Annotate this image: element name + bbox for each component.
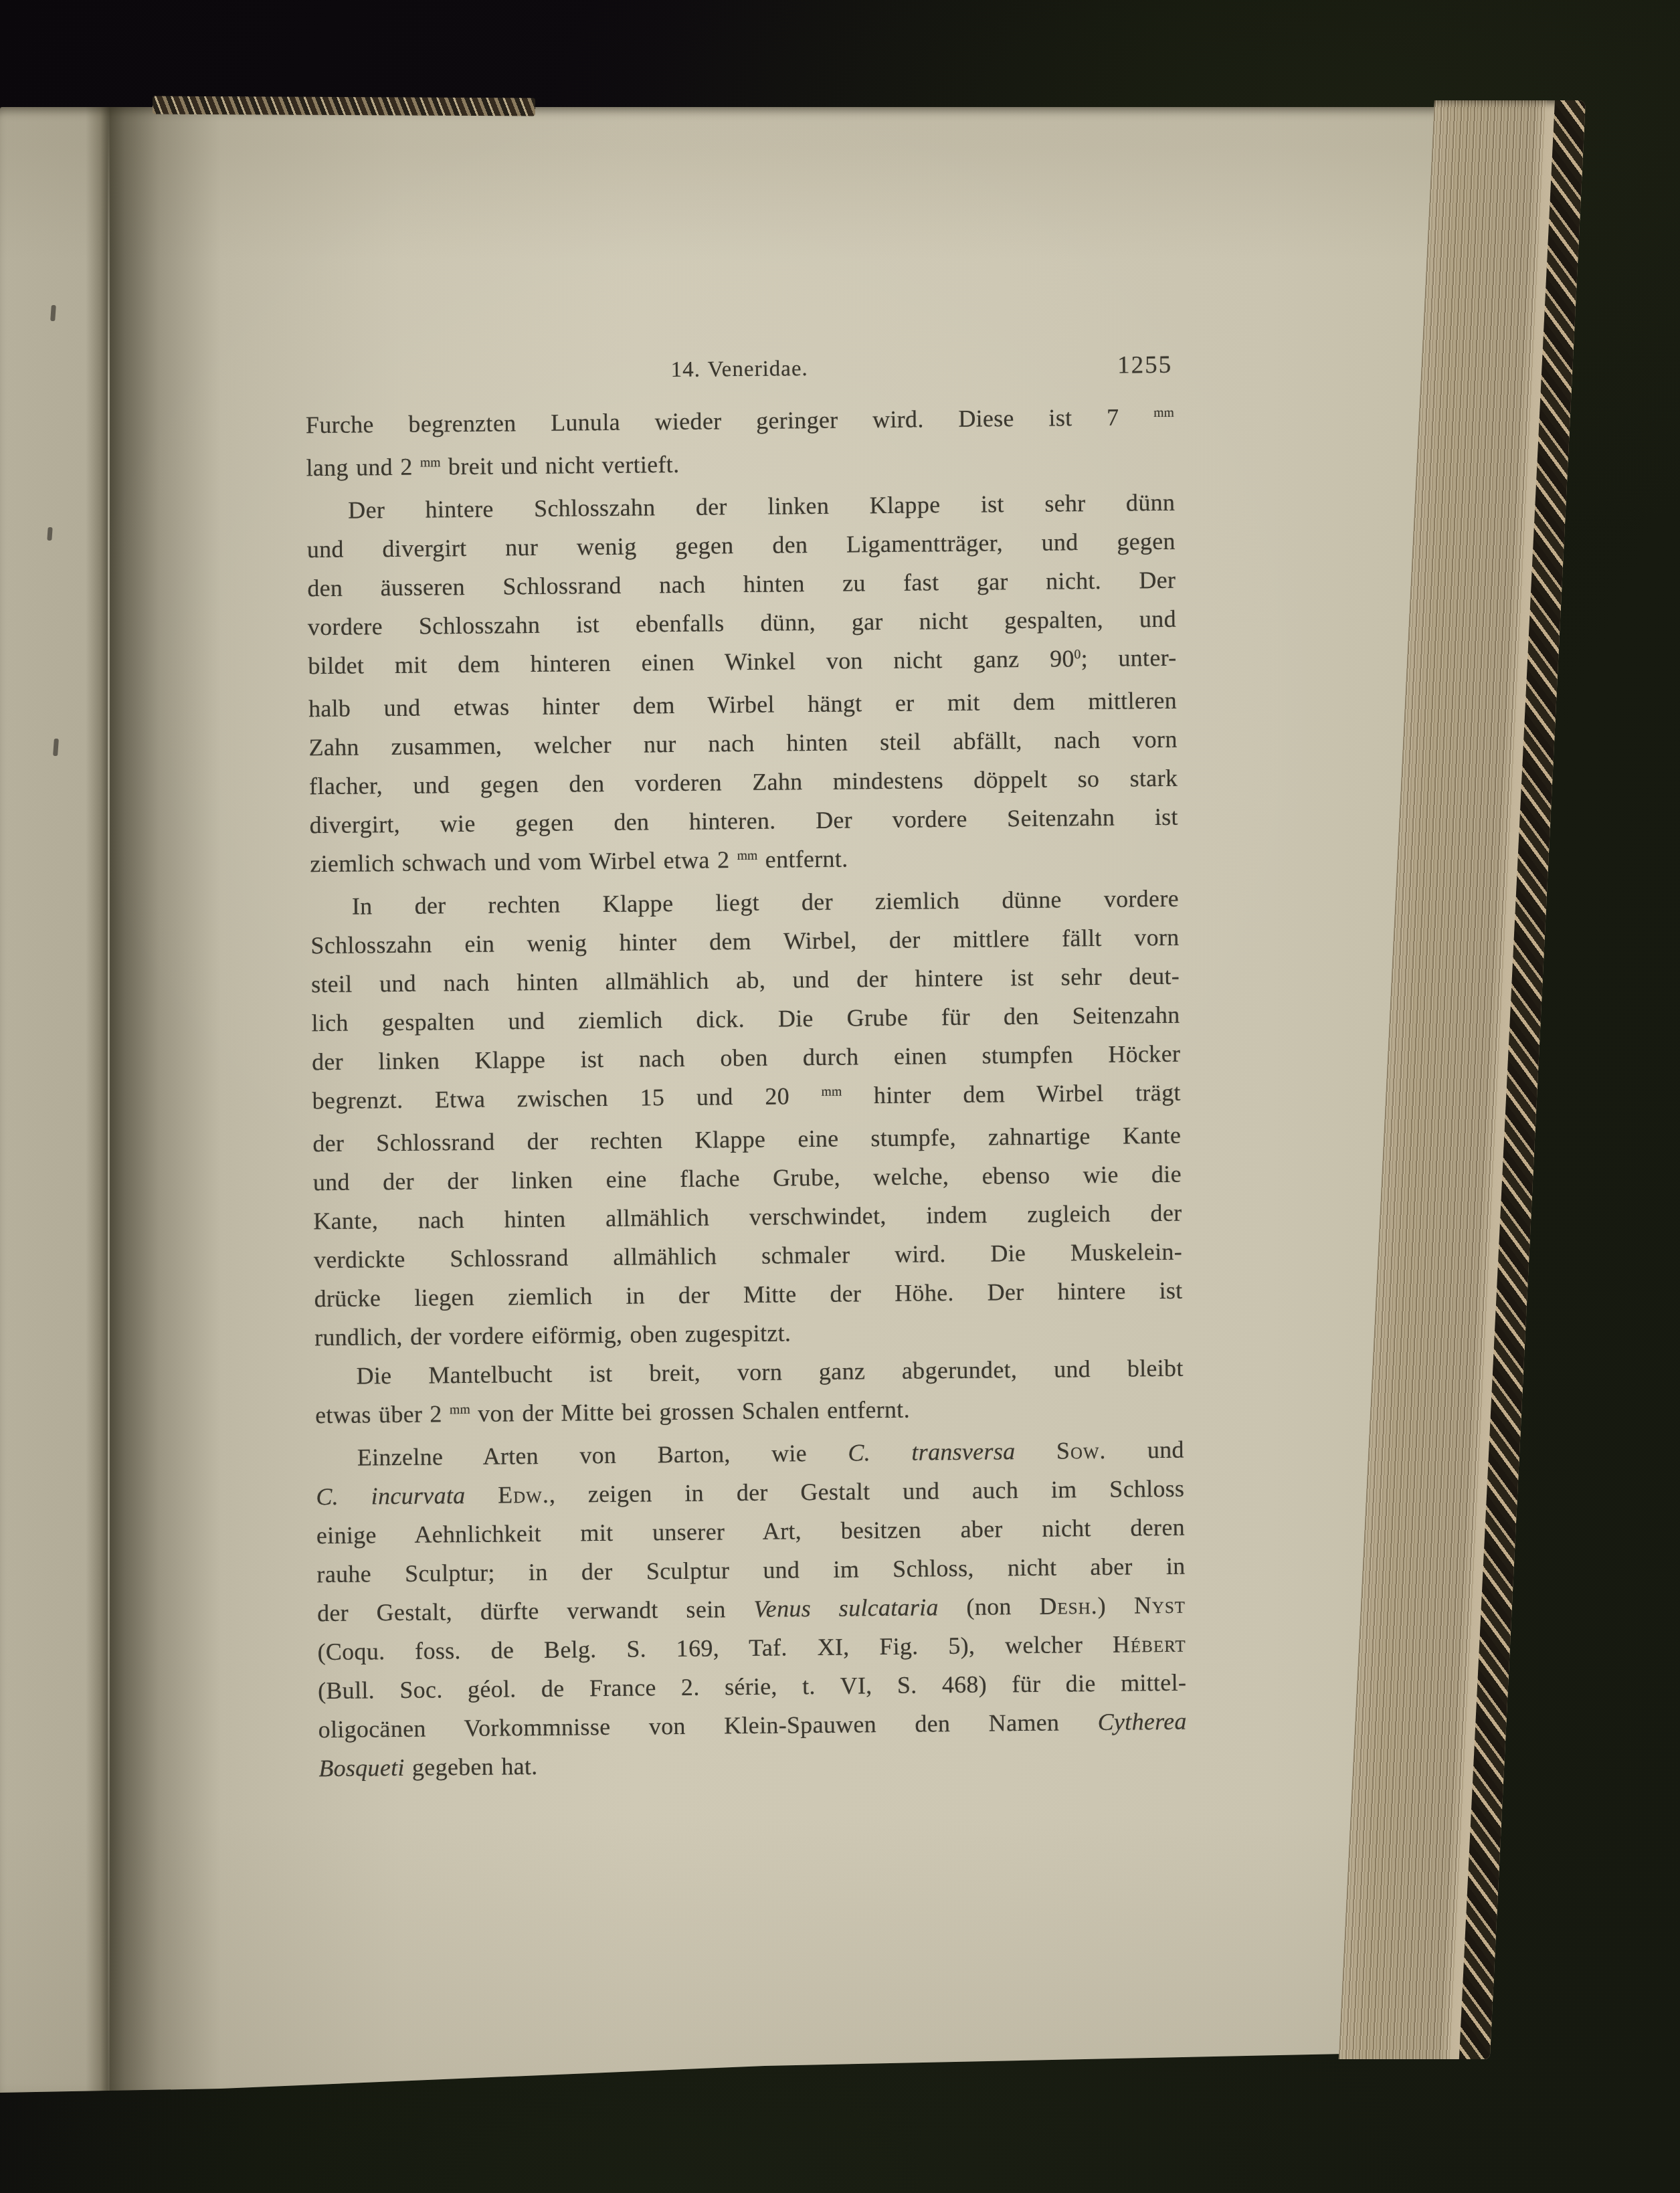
page-blemish <box>50 305 56 321</box>
page-text: 14. Veneridae. 1255 Furche begrenzten Lu… <box>305 349 1187 1788</box>
text-run: halb und etwas hinter dem Wirbel hängt e… <box>308 687 1177 722</box>
species-name: Cytherea <box>1097 1708 1186 1735</box>
text-run: Einzelne Arten von Barton, wie <box>357 1440 848 1471</box>
species-name: Venus sulcataria <box>753 1594 939 1622</box>
text-run: mm <box>420 455 441 470</box>
text-run: begrenzt. Etwa zwischen 15 und 20 <box>312 1082 822 1114</box>
text-run: breit und nicht vertieft. <box>440 451 679 480</box>
text-run: mm <box>1153 405 1174 420</box>
text-run: Schlosszahn ein wenig hinter dem Wirbel,… <box>310 924 1179 959</box>
text-run: von der Mitte bei grossen Schalen entfer… <box>470 1396 910 1427</box>
text-run: drücke liegen ziemlich in der Mitte der … <box>314 1277 1182 1312</box>
text-run: hinter dem Wirbel trägt <box>842 1079 1181 1109</box>
text-run: Die Mantelbucht ist breit, vorn ganz abg… <box>356 1355 1183 1390</box>
page-text-body: Furche begrenzten Lunula wieder geringer… <box>306 397 1188 1788</box>
author-name: Hébert <box>1113 1630 1186 1658</box>
species-name: C. transversa <box>848 1438 1015 1466</box>
page-blemish <box>53 739 59 756</box>
text-run: 0 <box>1074 647 1081 662</box>
text-run: verdickte Schlossrand allmählich schmale… <box>314 1238 1182 1273</box>
text-run: mm <box>450 1402 470 1417</box>
text-run: bildet mit dem hinteren einen Winkel von… <box>308 645 1075 679</box>
text-run: vordere Schlosszahn ist ebenfalls dünn, … <box>308 605 1176 640</box>
paragraph: Der hintere Schlosszahn der linken Klapp… <box>306 483 1179 887</box>
text-run: , zeigen in der Gestalt und auch im Schl… <box>549 1475 1185 1508</box>
text-run <box>1015 1438 1056 1465</box>
text-run: gegeben hat. <box>404 1753 537 1781</box>
page-number: 1255 <box>1117 349 1172 382</box>
text-run: etwas über 2 <box>315 1400 450 1428</box>
text-run: (non <box>939 1593 1040 1620</box>
text-run: (Bull. Soc. géol. de France 2. série, t.… <box>318 1669 1186 1704</box>
text-line: Furche begrenzten Lunula wieder geringer… <box>306 397 1175 448</box>
species-name: C. incurvata <box>316 1482 465 1510</box>
text-run: Kante, nach hinten allmählich verschwind… <box>313 1200 1182 1234</box>
species-name: Bosqueti <box>318 1754 405 1782</box>
text-run: entfernt. <box>757 845 848 872</box>
author-name: Desh. <box>1039 1592 1098 1620</box>
paragraph: Die Mantelbucht ist breit, vorn ganz abg… <box>314 1349 1184 1438</box>
text-run: rundlich, der vordere eiförmig, oben zug… <box>314 1319 791 1351</box>
text-run: der Gestalt, dürfte verwandt sein <box>317 1596 754 1626</box>
author-name: Edw. <box>498 1481 549 1509</box>
text-run: einige Aehnlichkeit mit unserer Art, bes… <box>316 1514 1185 1549</box>
book-top-edge <box>153 96 535 116</box>
text-run: ) <box>1098 1592 1134 1619</box>
text-run: Zahn zusammen, welcher nur nach hinten s… <box>308 726 1177 761</box>
text-run: und der der linken eine flache Grube, we… <box>313 1161 1182 1196</box>
paragraph: Furche begrenzten Lunula wieder geringer… <box>306 397 1175 491</box>
text-run <box>465 1482 498 1509</box>
text-run: den äusseren Schlossrand nach hinten zu … <box>307 567 1176 601</box>
text-run: rauhe Sculptur; in der Sculptur und im S… <box>316 1553 1185 1588</box>
page-blemish <box>47 527 52 541</box>
author-name: Nyst <box>1134 1592 1186 1619</box>
text-run: mm <box>737 848 758 863</box>
paragraph: In der rechten Klappe liegt der ziemlich… <box>310 879 1184 1357</box>
text-run: lang und 2 <box>306 454 420 482</box>
text-run: divergirt, wie gegen den hinteren. Der v… <box>310 803 1178 838</box>
text-run: der linken Klappe ist nach oben durch ei… <box>312 1040 1180 1075</box>
text-run: lich gespalten und ziemlich dick. Die Gr… <box>311 1002 1180 1036</box>
text-run: ; unter- <box>1081 644 1176 672</box>
text-run: ziemlich schwach und vom Wirbel etwa 2 <box>310 846 737 877</box>
text-run: In der rechten Klappe liegt der ziemlich… <box>352 885 1179 920</box>
text-run: oligocänen Vorkommnisse von Klein-Spauwe… <box>318 1709 1098 1743</box>
text-run: steil und nach hinten allmählich ab, und… <box>311 963 1180 997</box>
text-run: der Schlossrand der rechten Klappe eine … <box>312 1122 1181 1157</box>
text-run: (Coqu. foss. de Belg. S. 169, Taf. XI, F… <box>317 1631 1113 1665</box>
text-run: und <box>1106 1436 1184 1464</box>
text-run: und divergirt nur wenig gegen den Ligame… <box>307 528 1176 563</box>
text-run: Furche begrenzten Lunula wieder geringer… <box>306 403 1154 438</box>
text-run: Der hintere Schlosszahn der linken Klapp… <box>348 489 1175 524</box>
text-run: mm <box>821 1084 842 1099</box>
author-name: Sow. <box>1056 1437 1107 1464</box>
text-run: flacher, und gegen den vorderen Zahn min… <box>309 765 1178 799</box>
gutter-crease-highlight <box>108 107 110 2093</box>
paragraph: Einzelne Arten von Barton, wie C. transv… <box>316 1430 1188 1788</box>
